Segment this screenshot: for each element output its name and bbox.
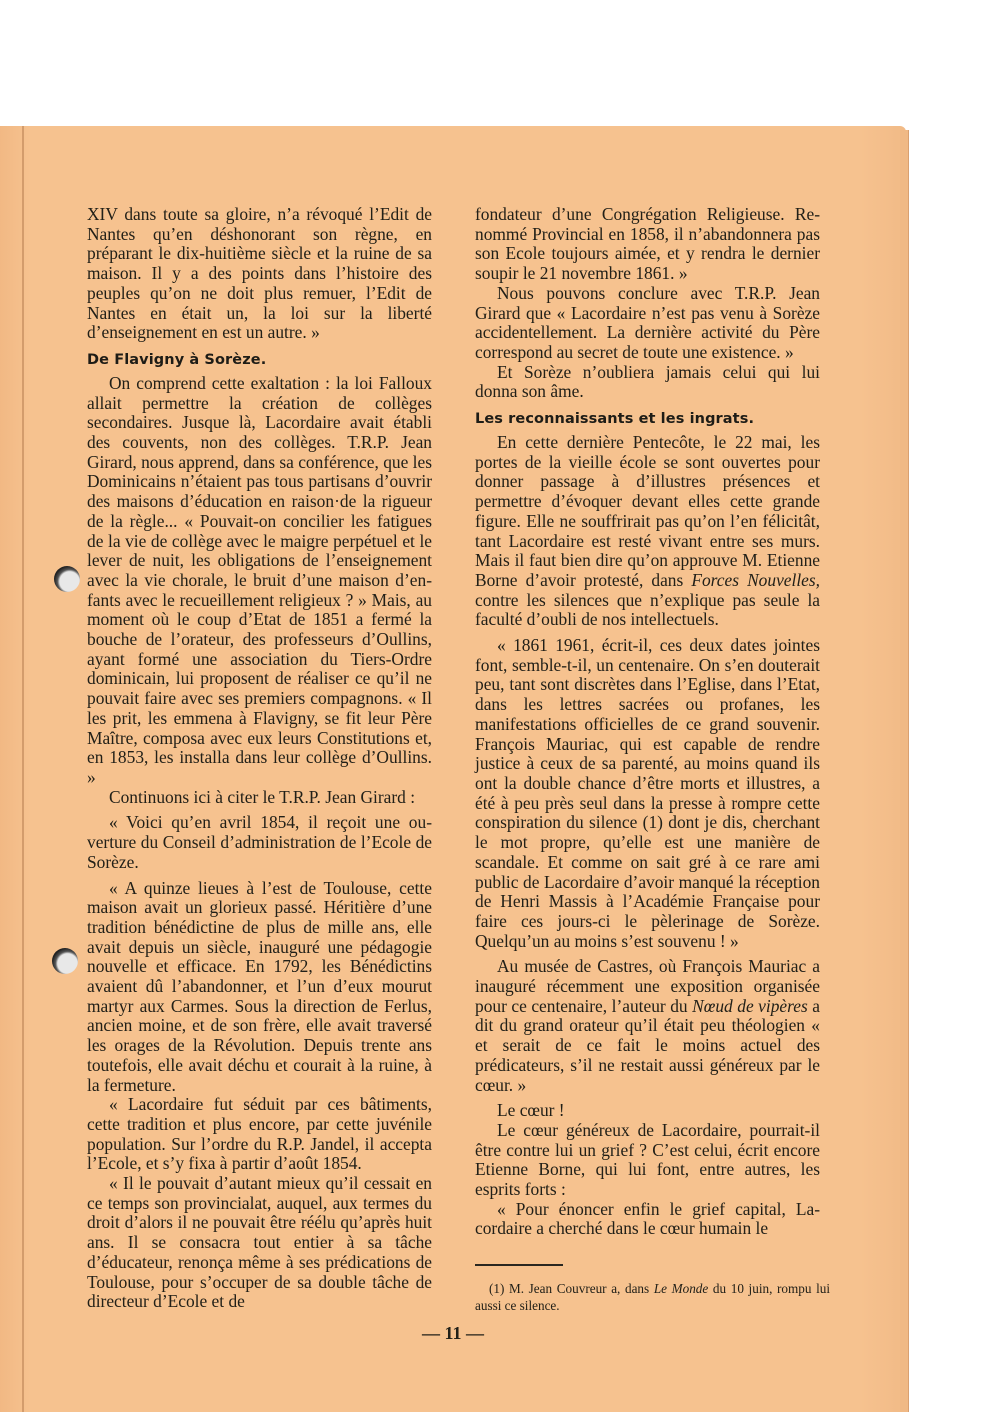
paragraph: « A quinze lieues à l’est de Toulouse, c… [87,879,432,1096]
section-heading: Les reconnaissants et les ingrats. [475,410,820,429]
paragraph: Continuons ici à citer le T.R.P. Jean Gi… [87,788,432,808]
right-column: fondateur d’une Congrégation Religieuse.… [475,205,820,1239]
paragraph: Au musée de Castres, où François Mau­ria… [475,957,820,1095]
footnote-text: (1) M. Jean Couvreur a, dans Le Monde du… [475,1280,830,1314]
paragraph: On comprend cette exaltation : la loi Fa… [87,374,432,788]
publication-title: Le Monde [654,1281,708,1296]
binder-hole-icon [52,948,78,974]
book-title: Nœud de vipères [692,996,808,1016]
paragraph: « 1861 1961, écrit-il, ces deux dates jo… [475,636,820,951]
section-heading: De Flavigny à Sorèze. [87,351,432,370]
page-spine-fold [22,126,24,1412]
footnote: (1) M. Jean Couvreur a, dans Le Monde du… [475,1280,830,1314]
paragraph: En cette dernière Pentecôte, le 22 mai, … [475,433,820,630]
paragraph: « Pour énoncer enfin le grief capital, L… [475,1200,820,1239]
paragraph: « Voici qu’en avril 1854, il reçoit une … [87,813,432,872]
left-column: XIV dans toute sa gloire, n’a révoqué l’… [87,205,432,1312]
paragraph: Et Sorèze n’oubliera jamais celui qui lu… [475,363,820,402]
paragraph: Le cœur ! [475,1101,820,1121]
paragraph: fondateur d’une Congrégation Religieuse.… [475,205,820,284]
text-run: (1) M. Jean Couvreur a, dans [489,1281,654,1296]
paragraph: « Il le pouvait d’autant mieux qu’il ces… [87,1174,432,1312]
footnote-divider [475,1264,563,1266]
page-stack-edge [900,130,909,1412]
paragraph: Nous pouvons conclure avec T.R.P. Jean G… [475,284,820,363]
paragraph: « Lacordaire fut séduit par ces bâtiment… [87,1095,432,1174]
publication-title: Forces Nouvelles, [691,570,820,590]
text-run: contre les silences que n’explique pas s… [475,590,820,630]
binder-hole-icon [54,566,80,592]
paragraph: Le cœur généreux de Lacordaire, pour­rai… [475,1121,820,1200]
paragraph: XIV dans toute sa gloire, n’a révoqué l’… [87,205,432,343]
page-number: — 11 — [0,1323,906,1344]
text-run: En cette dernière Pentecôte, le 22 mai, … [475,432,820,590]
